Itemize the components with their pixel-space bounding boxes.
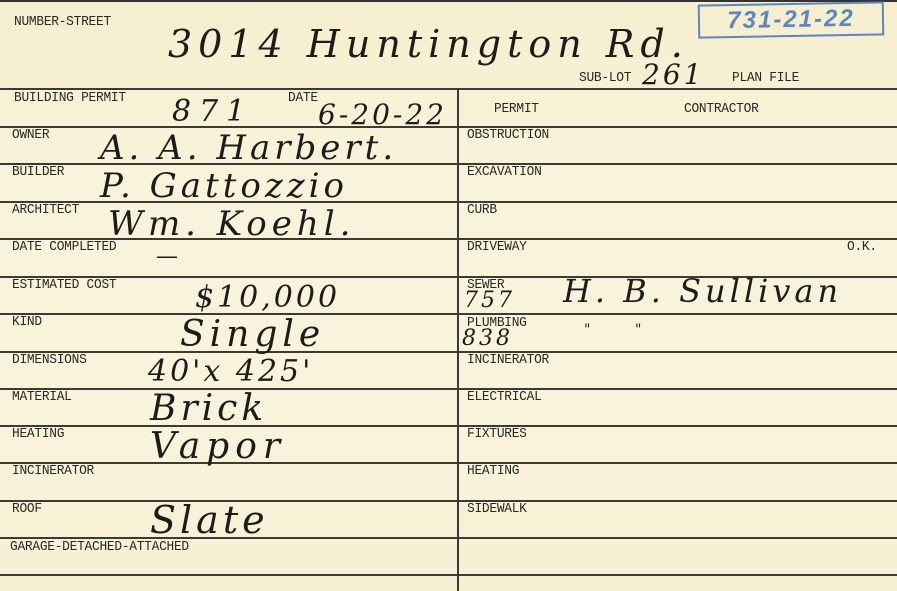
material-value: Brick <box>150 388 267 429</box>
excavation-label: EXCAVATION <box>467 164 542 180</box>
divider <box>0 388 897 390</box>
date-label: DATE <box>288 90 318 106</box>
contractor-column-header: CONTRACTOR <box>684 101 759 117</box>
sewer-contractor-value: H. B. Sullivan <box>563 272 842 310</box>
heating-label: HEATING <box>12 426 64 442</box>
dimensions-label: DIMENSIONS <box>12 352 87 368</box>
number-street-value: 3014 Huntington Rd. <box>168 22 689 66</box>
sidewalk-label: SIDEWALK <box>467 501 527 517</box>
driveway-label: DRIVEWAY <box>467 239 527 255</box>
permit-card: 731-21-22 NUMBER-STREET 3014 Huntington … <box>0 0 897 591</box>
builder-label: BUILDER <box>12 164 64 180</box>
material-label: MATERIAL <box>12 389 72 405</box>
heating-value: Vapor <box>150 426 286 467</box>
estimated-cost-value: $10,000 <box>195 280 340 315</box>
divider <box>0 351 897 353</box>
plan-file-label: PLAN FILE <box>732 70 799 86</box>
divider <box>0 574 897 576</box>
garage-label: GARAGE-DETACHED-ATTACHED <box>10 539 189 555</box>
incinerator-permit-label: INCINERATOR <box>467 352 549 368</box>
architect-label: ARCHITECT <box>12 202 79 218</box>
estimated-cost-label: ESTIMATED COST <box>12 277 116 293</box>
roof-value: Slate <box>150 498 269 542</box>
divider <box>0 88 897 90</box>
number-street-label: NUMBER-STREET <box>14 14 111 30</box>
plumbing-contractor-value: " " <box>584 322 641 338</box>
owner-value: A. A. Harbert. <box>100 128 397 168</box>
sub-lot-label: SUB-LOT <box>579 70 631 86</box>
builder-value: P. Gattozzio <box>100 166 348 206</box>
curb-label: CURB <box>467 202 497 218</box>
driveway-status: O.K. <box>847 239 877 255</box>
roof-label: ROOF <box>12 501 42 517</box>
date-completed-label: DATE COMPLETED <box>12 239 116 255</box>
divider <box>0 500 897 502</box>
building-permit-label: BUILDING PERMIT <box>14 90 126 106</box>
kind-value: Single <box>180 314 325 355</box>
date-completed-value: — <box>156 244 178 269</box>
heating-permit-label: HEATING <box>467 463 519 479</box>
fixtures-label: FIXTURES <box>467 426 527 442</box>
architect-value: Wm. Koehl. <box>108 204 355 244</box>
sewer-permit-value: 757 <box>464 288 515 313</box>
plumbing-permit-value: 838 <box>462 326 513 351</box>
sub-lot-value: 261 <box>642 58 704 91</box>
electrical-label: ELECTRICAL <box>467 389 542 405</box>
divider <box>0 425 897 427</box>
building-permit-value: 871 <box>172 94 253 129</box>
dimensions-value: 40'x 425' <box>148 354 313 389</box>
file-number-stamp: 731-21-22 <box>698 1 885 38</box>
obstruction-label: OBSTRUCTION <box>467 127 549 143</box>
divider <box>0 462 897 464</box>
owner-label: OWNER <box>12 127 49 143</box>
permit-column-header: PERMIT <box>494 101 539 117</box>
kind-label: KIND <box>12 314 42 330</box>
incinerator-label: INCINERATOR <box>12 463 94 479</box>
divider <box>0 313 897 315</box>
